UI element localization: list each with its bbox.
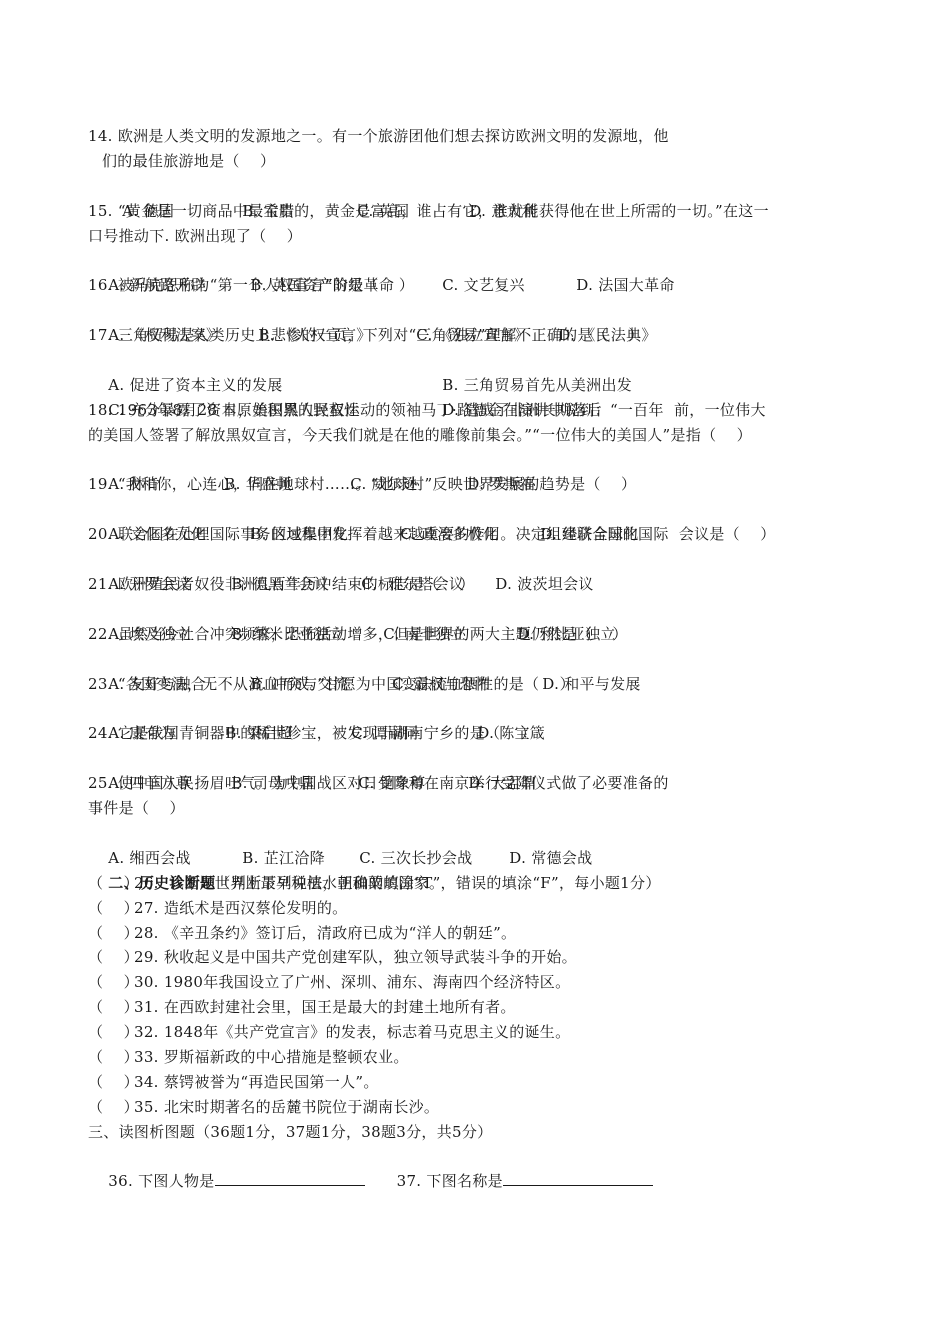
q16-options: A. 《权利法案》B. 《人权宣言》C. 《独立宣言》D. 《民法典》 (88, 298, 878, 323)
q20-stem: 20. 联合国在处理国际事务的过程中发挥着越来越重要的作用。决定组建联合国的国际… (88, 522, 878, 547)
q15-stem-line2: 口号推动下. 欧洲出现了（ ） (88, 224, 878, 249)
q18-stem-line1: 18. 1963年8月28 日，美国黑人民权运动的领袖马丁·路德金在演讲中说到：… (88, 398, 878, 423)
q15-option-c: C. 文艺复兴 (442, 273, 576, 298)
tf-item-31: （ ）31. 在西欧封建社会里，国王是最大的封建土地所有者。 (88, 995, 878, 1020)
tf-item-29: （ ）29. 秋收起义是中国共产党创建军队，独立领导武装斗争的开始。 (88, 945, 878, 970)
q17-options-row1: A. 促进了资本主义的发展B. 三角贸易首先从美洲出发 (88, 348, 878, 373)
tf-answer-blank[interactable]: （ ） (88, 1070, 134, 1095)
tf-statement: 31. 在西欧封建社会里，国王是最大的封建土地所有者。 (134, 998, 516, 1016)
q14-options: A. 德国B. 希腊C. 英国D. 意大利 (88, 174, 878, 199)
tf-answer-blank[interactable]: （ ） (88, 995, 134, 1020)
tf-statement: 28. 《辛丑条约》签订后，清政府已成为“洋人的朝廷”。 (134, 924, 516, 942)
tf-answer-blank[interactable]: （ ） (88, 921, 134, 946)
tf-item-34: （ ）34. 蔡锷被誉为“再造民国第一人”。 (88, 1070, 878, 1095)
tf-item-27: （ ）27. 造纸术是西汉蔡伦发明的。 (88, 896, 878, 921)
q15-stem-line1: 15. “黄金是一切商品中最宝贵的，黄金是富高，谁占有它，谁就能获得他在世上所需… (88, 199, 878, 224)
q23-stem: 23. “各国变法，无不从流血而成。”甘愿为中国变法流血牺牲的是（ ） (88, 672, 878, 697)
tf-item-33: （ ）33. 罗斯福新政的中心措施是整顿农业。 (88, 1045, 878, 1070)
q19-stem: 19. “我和你，心连心，同住地球村……。“地球村”反映世界发展的趋势是（ ） (88, 472, 878, 497)
q36-label: 36. 下图人物是 (108, 1172, 214, 1190)
q37-answer-blank[interactable] (503, 1169, 653, 1186)
tf-answer-blank[interactable]: （ ） (88, 1095, 134, 1120)
q17-option-a: A. 促进了资本主义的发展 (108, 373, 442, 398)
q14-stem-line2: 们的最佳旅游地是（ ） (88, 149, 878, 174)
tf-statement: 27. 造纸术是西汉蔡伦发明的。 (134, 899, 347, 917)
q18-options: A. 林肯B. 华盛顿C. 威尔逊D. 罗斯福 (88, 448, 878, 473)
tf-statement: 35. 北宋时期著名的岳麓书院位于湖南长沙。 (134, 1098, 439, 1116)
q25-stem-line2: 事件是（ ） (88, 796, 878, 821)
q24-stem: 24. 它是我国青铜器中的稀世珍宝，被发现于湖南宁乡的是（ ） (88, 721, 878, 746)
tf-statement: 30. 1980年我国设立了广州、深圳、浦东、海南四个经济特区。 (134, 973, 570, 991)
tf-answer-blank[interactable]: （ ） (88, 1020, 134, 1045)
section3-title: 三、读图析图题（36题1分，37题1分，38题3分，共5分） (88, 1120, 878, 1145)
q36-answer-blank[interactable] (215, 1169, 365, 1186)
tf-item-35: （ ）35. 北宋时期著名的岳麓书院位于湖南长沙。 (88, 1095, 878, 1120)
tf-answer-blank[interactable]: （ ） (88, 896, 134, 921)
tf-answer-blank[interactable]: （ ） (88, 970, 134, 995)
tf-statement: 32. 1848年《共产党宣言》的发表，标志着马克思主义的诞生。 (134, 1023, 570, 1041)
q25-option-a: A. 缃西会战 (108, 846, 242, 871)
q15-option-d: D. 法国大革命 (576, 273, 674, 298)
exam-page: 14. 欧洲是人类文明的发源地之一。有一个旅游团他们想去探访欧洲文明的发源地，他… (88, 124, 878, 1169)
q37-label: 37. 下图名称是 (397, 1172, 503, 1190)
q20-option-d: D. 波茨坦会议 (495, 572, 593, 597)
tf-statement: 33. 罗斯福新政的中心措施是整顿农业。 (134, 1048, 409, 1066)
q25-option-c: C. 三次长抄会战 (359, 846, 509, 871)
q17-option-b: B. 三角贸易首先从美洲出发 (442, 373, 632, 398)
fill-blank-row: 36. 下图人物是37. 下图名称是 (88, 1145, 878, 1170)
q19-options: A. 文化多元化B. 区域集团化C. 政治多极化D. 经济全球化 (88, 497, 878, 522)
q23-options: A. 康有为B. 梁启超C. 谭嗣同D. 陈宝箴 (88, 696, 878, 721)
q25-option-d: D. 常德会战 (509, 846, 592, 871)
tf-statement: 26. 我国是世界上最早种植水朝和粟的国家。 (134, 874, 444, 892)
tf-answer-blank[interactable]: （ ） (88, 1045, 134, 1070)
q14-stem-line1: 14. 欧洲是人类文明的发源地之一。有一个旅游团他们想去探访欧洲文明的发源地，他 (88, 124, 878, 149)
tf-statement: 34. 蔡锷被誉为“再造民国第一人”。 (134, 1073, 379, 1091)
q25-option-b: B. 芷江洽降 (242, 846, 359, 871)
q22-options: A. 友好与融合B. 冲突与交流C. 霸权与恐怖D. 和平与发展 (88, 647, 878, 672)
q20-options: A. 开罗会议B. 德黑兰会议C. 雅尔塔会议D. 波茨坦会议 (88, 547, 878, 572)
q17-stem: 17. 三角贸易是人类历史上悲惨的一页，下列对“三角贸易”理解不正确的是（ ） (88, 323, 878, 348)
tf-item-32: （ ）32. 1848年《共产党宣言》的发表，标志着马克思主义的诞生。 (88, 1020, 878, 1045)
q15-options: A. 新航路开辟B. 英国资产阶级革命C. 文艺复兴D. 法国大革命 (88, 248, 878, 273)
q25-options: A. 缃西会战B. 芷江洽降C. 三次长抄会战D. 常德会战 (88, 821, 878, 846)
tf-answer-blank[interactable]: （ ） (88, 871, 134, 896)
tf-item-30: （ ）30. 1980年我国设立了广州、深圳、浦东、海南四个经济特区。 (88, 970, 878, 995)
q25-stem-line1: 25. 使中国人民扬眉吐气。为中国战区对日受降和在南京举行受降仪式做了必要准备的 (88, 771, 878, 796)
tf-answer-blank[interactable]: （ ） (88, 945, 134, 970)
q22-stem: 22. 虽然当今社合冲突频繁，恐怖活动增多，但是世界的两大主题仍然是（ ） (88, 622, 878, 647)
q21-options: A. 埃及独立B. 纳米比亚独立C. 南非独立D. 利比亚独立 (88, 597, 878, 622)
q18-stem-line2: 的美国人签署了解放黑奴宣言，今天我们就是在他的雕像前集会。”“一位伟大的美国人”… (88, 423, 878, 448)
q24-options: A. 四羊方尊B. 司母戊鼎C. 铜象尊D. 大盂鼎 (88, 746, 878, 771)
tf-statement: 29. 秋收起义是中国共产党创建军队，独立领导武装斗争的开始。 (134, 948, 577, 966)
tf-item-28: （ ）28. 《辛丑条约》签订后，清政府已成为“洋人的朝廷”。 (88, 921, 878, 946)
